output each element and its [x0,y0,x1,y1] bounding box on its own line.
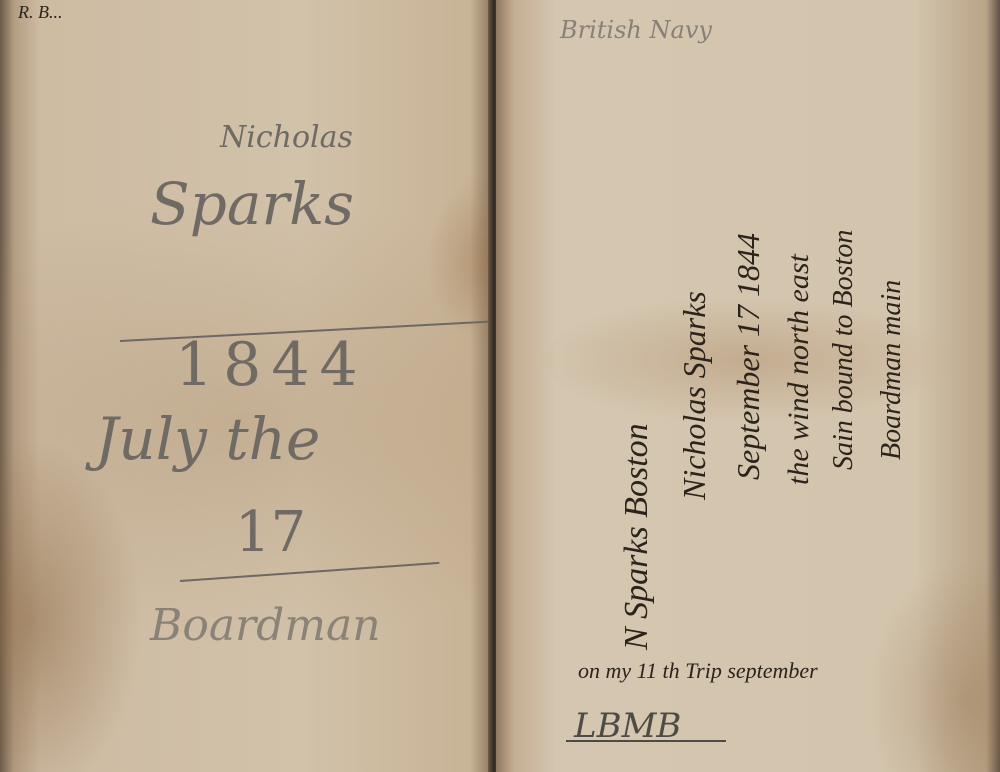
day: 17 [235,500,306,565]
header-note: British Navy [560,16,712,44]
corner-note: R. B... [18,2,63,23]
vertical-line-4: the wind north east [782,254,816,485]
year: 1844 [175,330,368,400]
signature-first-name: Nicholas [220,120,353,155]
right-page: British Navy N Sparks Boston Nicholas Sp… [496,0,1000,772]
vertical-line-5: Sain bound to Boston [828,230,860,470]
vertical-line-2: Nicholas Sparks [676,291,713,500]
left-page: R. B... Nicholas Sparks 1844 July the 17… [0,0,492,772]
bottom-note: Boardman [150,600,381,651]
trip-note: on my 11 th Trip september [578,658,818,684]
initials-underline [566,740,726,742]
vertical-line-3: September 17 1844 [730,233,767,480]
pencil-rule-2 [180,562,440,582]
open-book-photo: R. B... Nicholas Sparks 1844 July the 17… [0,0,1000,772]
vertical-line-6: Boardman main [876,280,908,460]
vertical-line-1: N Sparks Boston [618,423,656,650]
date-line: July the [95,405,320,473]
signature-last-name: Sparks [150,170,354,238]
